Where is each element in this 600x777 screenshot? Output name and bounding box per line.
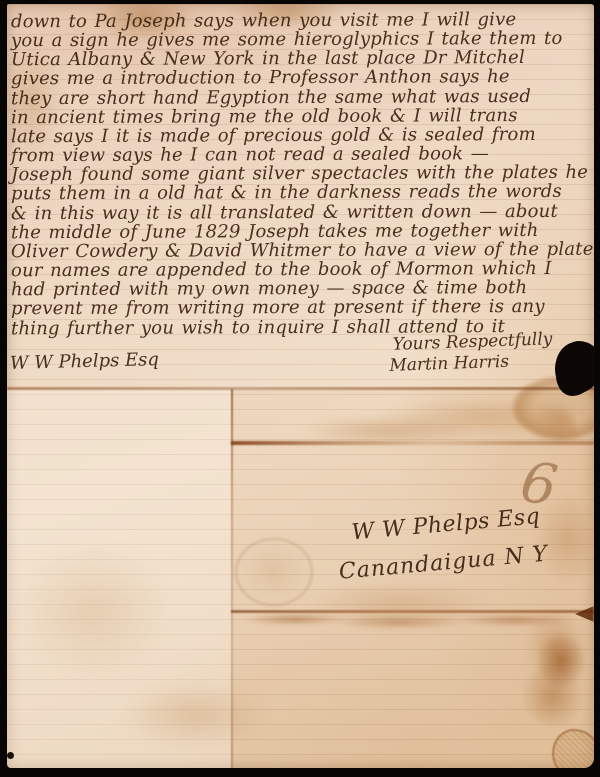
- addressee-note: W W Phelps Esq: [10, 349, 159, 374]
- scan-canvas: { "letter": { "lines": [ "down to Pa Jos…: [0, 0, 600, 777]
- postmark-ghost: [235, 538, 313, 606]
- fold-crease-horizontal: [7, 387, 594, 390]
- wax-seal-stain: [552, 729, 594, 768]
- fold-crease-vertical: [231, 389, 233, 768]
- fold-panel-left: [7, 390, 231, 768]
- crease-smudge: [242, 612, 592, 630]
- letter-closing: Yours Respectfully Martin Harris: [392, 329, 553, 377]
- letter-page: down to Pa Joseph says when you visit me…: [7, 4, 594, 768]
- fold-crease-horizontal: [231, 441, 594, 445]
- ink-blot: [555, 342, 594, 394]
- edge-mark: [7, 752, 14, 759]
- signature-martin-harris: Martin Harris: [389, 350, 553, 377]
- letter-body: down to Pa Joseph says when you visit me…: [11, 11, 591, 337]
